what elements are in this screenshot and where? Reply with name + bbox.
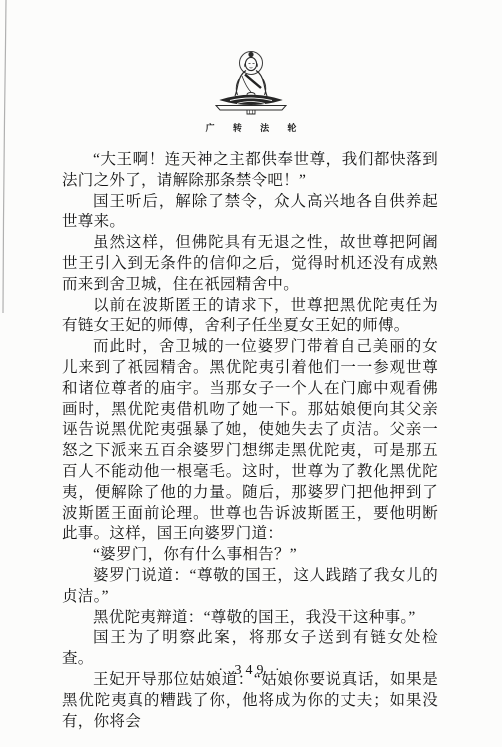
scan-edge-artifact (0, 0, 12, 320)
page-number: · 349 · (0, 663, 502, 679)
book-page: 广 转 法 轮 “大王啊！连天神之主都供奉世尊，我们都快落到法门之外了，请解除那… (0, 0, 502, 747)
body-paragraph: 虽然这样，但佛陀具有无退之性，故世尊把阿阇世王引入到无条件的信仰之后，觉得时机还… (62, 233, 438, 295)
body-paragraph: 王妃开导那位姑娘道：“姑娘你要说真话，如果是黑优陀夷真的糟践了你，他将成为你的丈… (62, 670, 438, 732)
body-paragraph: 而此时，舍卫城的一位婆罗门带着自己美丽的女儿来到了祇园精舍。黑优陀夷引着他们一一… (62, 337, 438, 545)
chapter-title: 广 转 法 轮 (0, 121, 502, 134)
body-text: “大王啊！连天神之主都供奉世尊，我们都快落到法门之外了，请解除那条禁令吧！” 国… (62, 150, 438, 732)
body-paragraph: “大王啊！连天神之主都供奉世尊，我们都快落到法门之外了，请解除那条禁令吧！” (62, 150, 438, 192)
buddha-icon (204, 46, 299, 118)
body-paragraph: “婆罗门，你有什么事相告？” (62, 545, 438, 566)
body-paragraph: 黑优陀夷辩道：“尊敬的国王，我没干这种事。” (62, 608, 438, 629)
body-paragraph: 以前在波斯匿王的请求下，世尊把黑优陀夷任为有链女王妃的师傅，舍利子任坐夏女王妃的… (62, 296, 438, 338)
body-paragraph: 国王听后，解除了禁令，众人高兴地各自供养起世尊来。 (62, 192, 438, 234)
buddha-illustration (204, 46, 299, 118)
body-paragraph: 婆罗门说道：“尊敬的国王，这人践踏了我女儿的贞洁。” (62, 566, 438, 608)
